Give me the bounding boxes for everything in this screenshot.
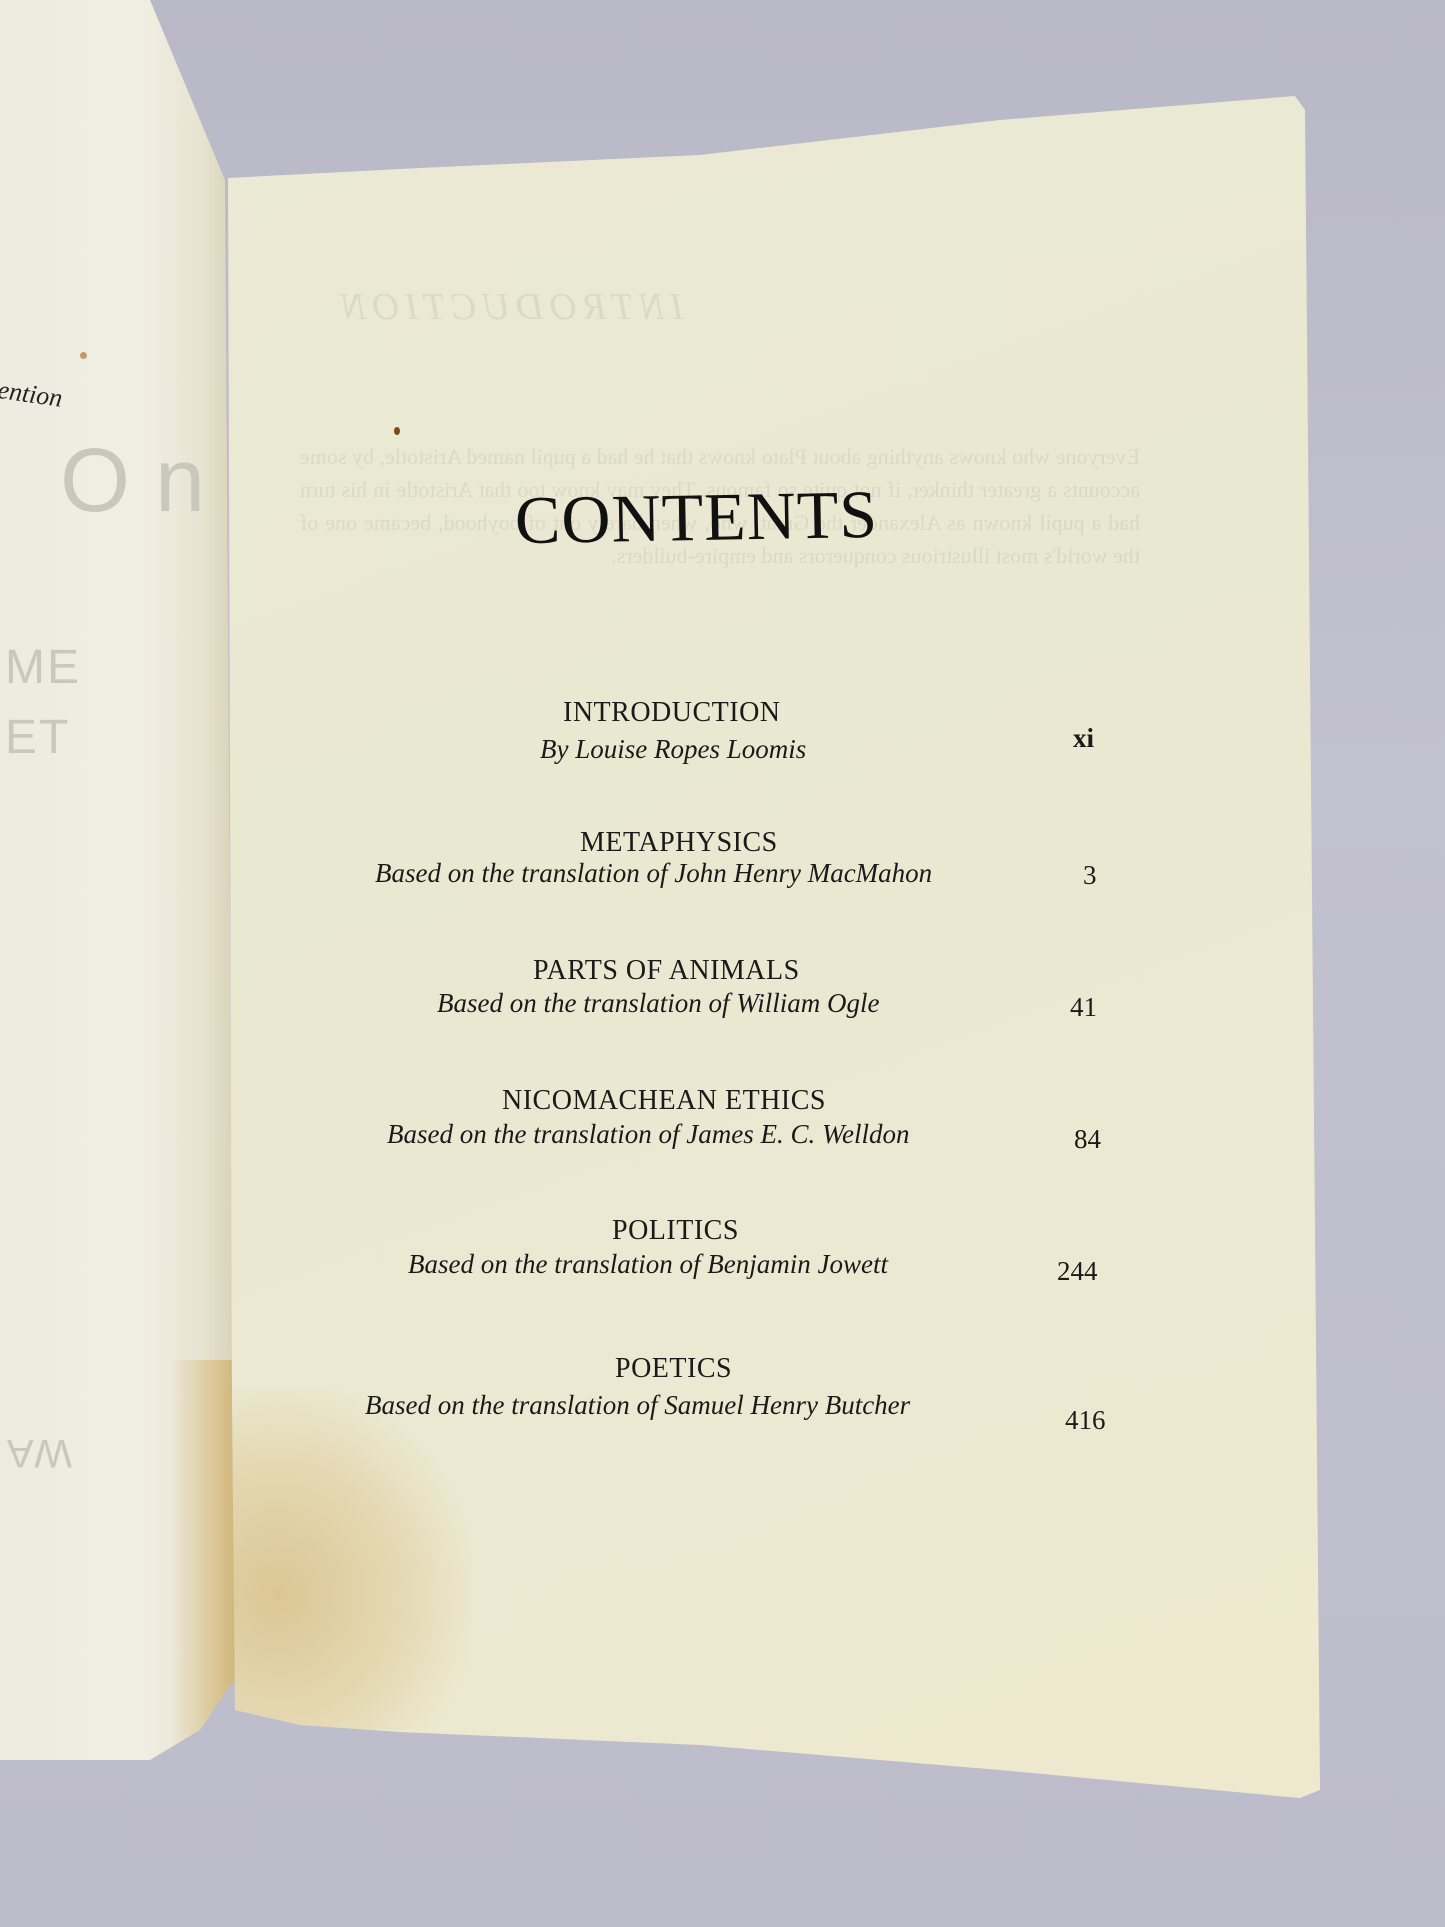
- toc-entry-credit: By Louise Ropes Loomis: [540, 734, 806, 765]
- toc-entry-credit: Based on the translation of Samuel Henry…: [365, 1390, 910, 1421]
- toc-entry-heading: INTRODUCTION: [563, 697, 781, 729]
- toc-entry-credit: Based on the translation of William Ogle: [437, 988, 879, 1019]
- left-page-ghost-letters: ET: [5, 710, 70, 765]
- toc-entry-heading: POETICS: [615, 1353, 732, 1385]
- toc-entry-page-number: 41: [1070, 992, 1097, 1023]
- toc-entry-page-number: 3: [1083, 860, 1097, 891]
- page-title: CONTENTS: [514, 475, 878, 560]
- left-page-ghost-letters: ME: [5, 640, 81, 695]
- left-page: ention O n ME ET WA: [0, 0, 235, 1760]
- toc-entry-heading: POLITICS: [612, 1215, 739, 1247]
- toc-entry-heading: METAPHYSICS: [580, 827, 778, 859]
- book-photo: ention O n ME ET WA INTRODUCTION Everyon…: [0, 0, 1445, 1927]
- toc-entry-credit: Based on the translation of James E. C. …: [387, 1119, 909, 1150]
- toc-entry-credit: Based on the translation of John Henry M…: [375, 858, 932, 889]
- toc-entry-page-number: 244: [1057, 1256, 1098, 1287]
- gutter-stain: [170, 1360, 240, 1760]
- toc-entry-heading: NICOMACHEAN ETHICS: [502, 1085, 826, 1117]
- toc-entry-page-number: 84: [1074, 1124, 1101, 1155]
- toc-entry-page-number: xi: [1073, 723, 1094, 754]
- paper-spot: [80, 352, 87, 359]
- toc-entry-credit: Based on the translation of Benjamin Jow…: [408, 1249, 888, 1280]
- left-page-ghost-letters: O n: [60, 430, 205, 533]
- left-page-text: ention: [0, 375, 64, 414]
- toc-entry-heading: PARTS OF ANIMALS: [533, 955, 800, 987]
- toc-entry-page-number: 416: [1065, 1405, 1106, 1436]
- left-page-ghost-letters: WA: [5, 1430, 72, 1475]
